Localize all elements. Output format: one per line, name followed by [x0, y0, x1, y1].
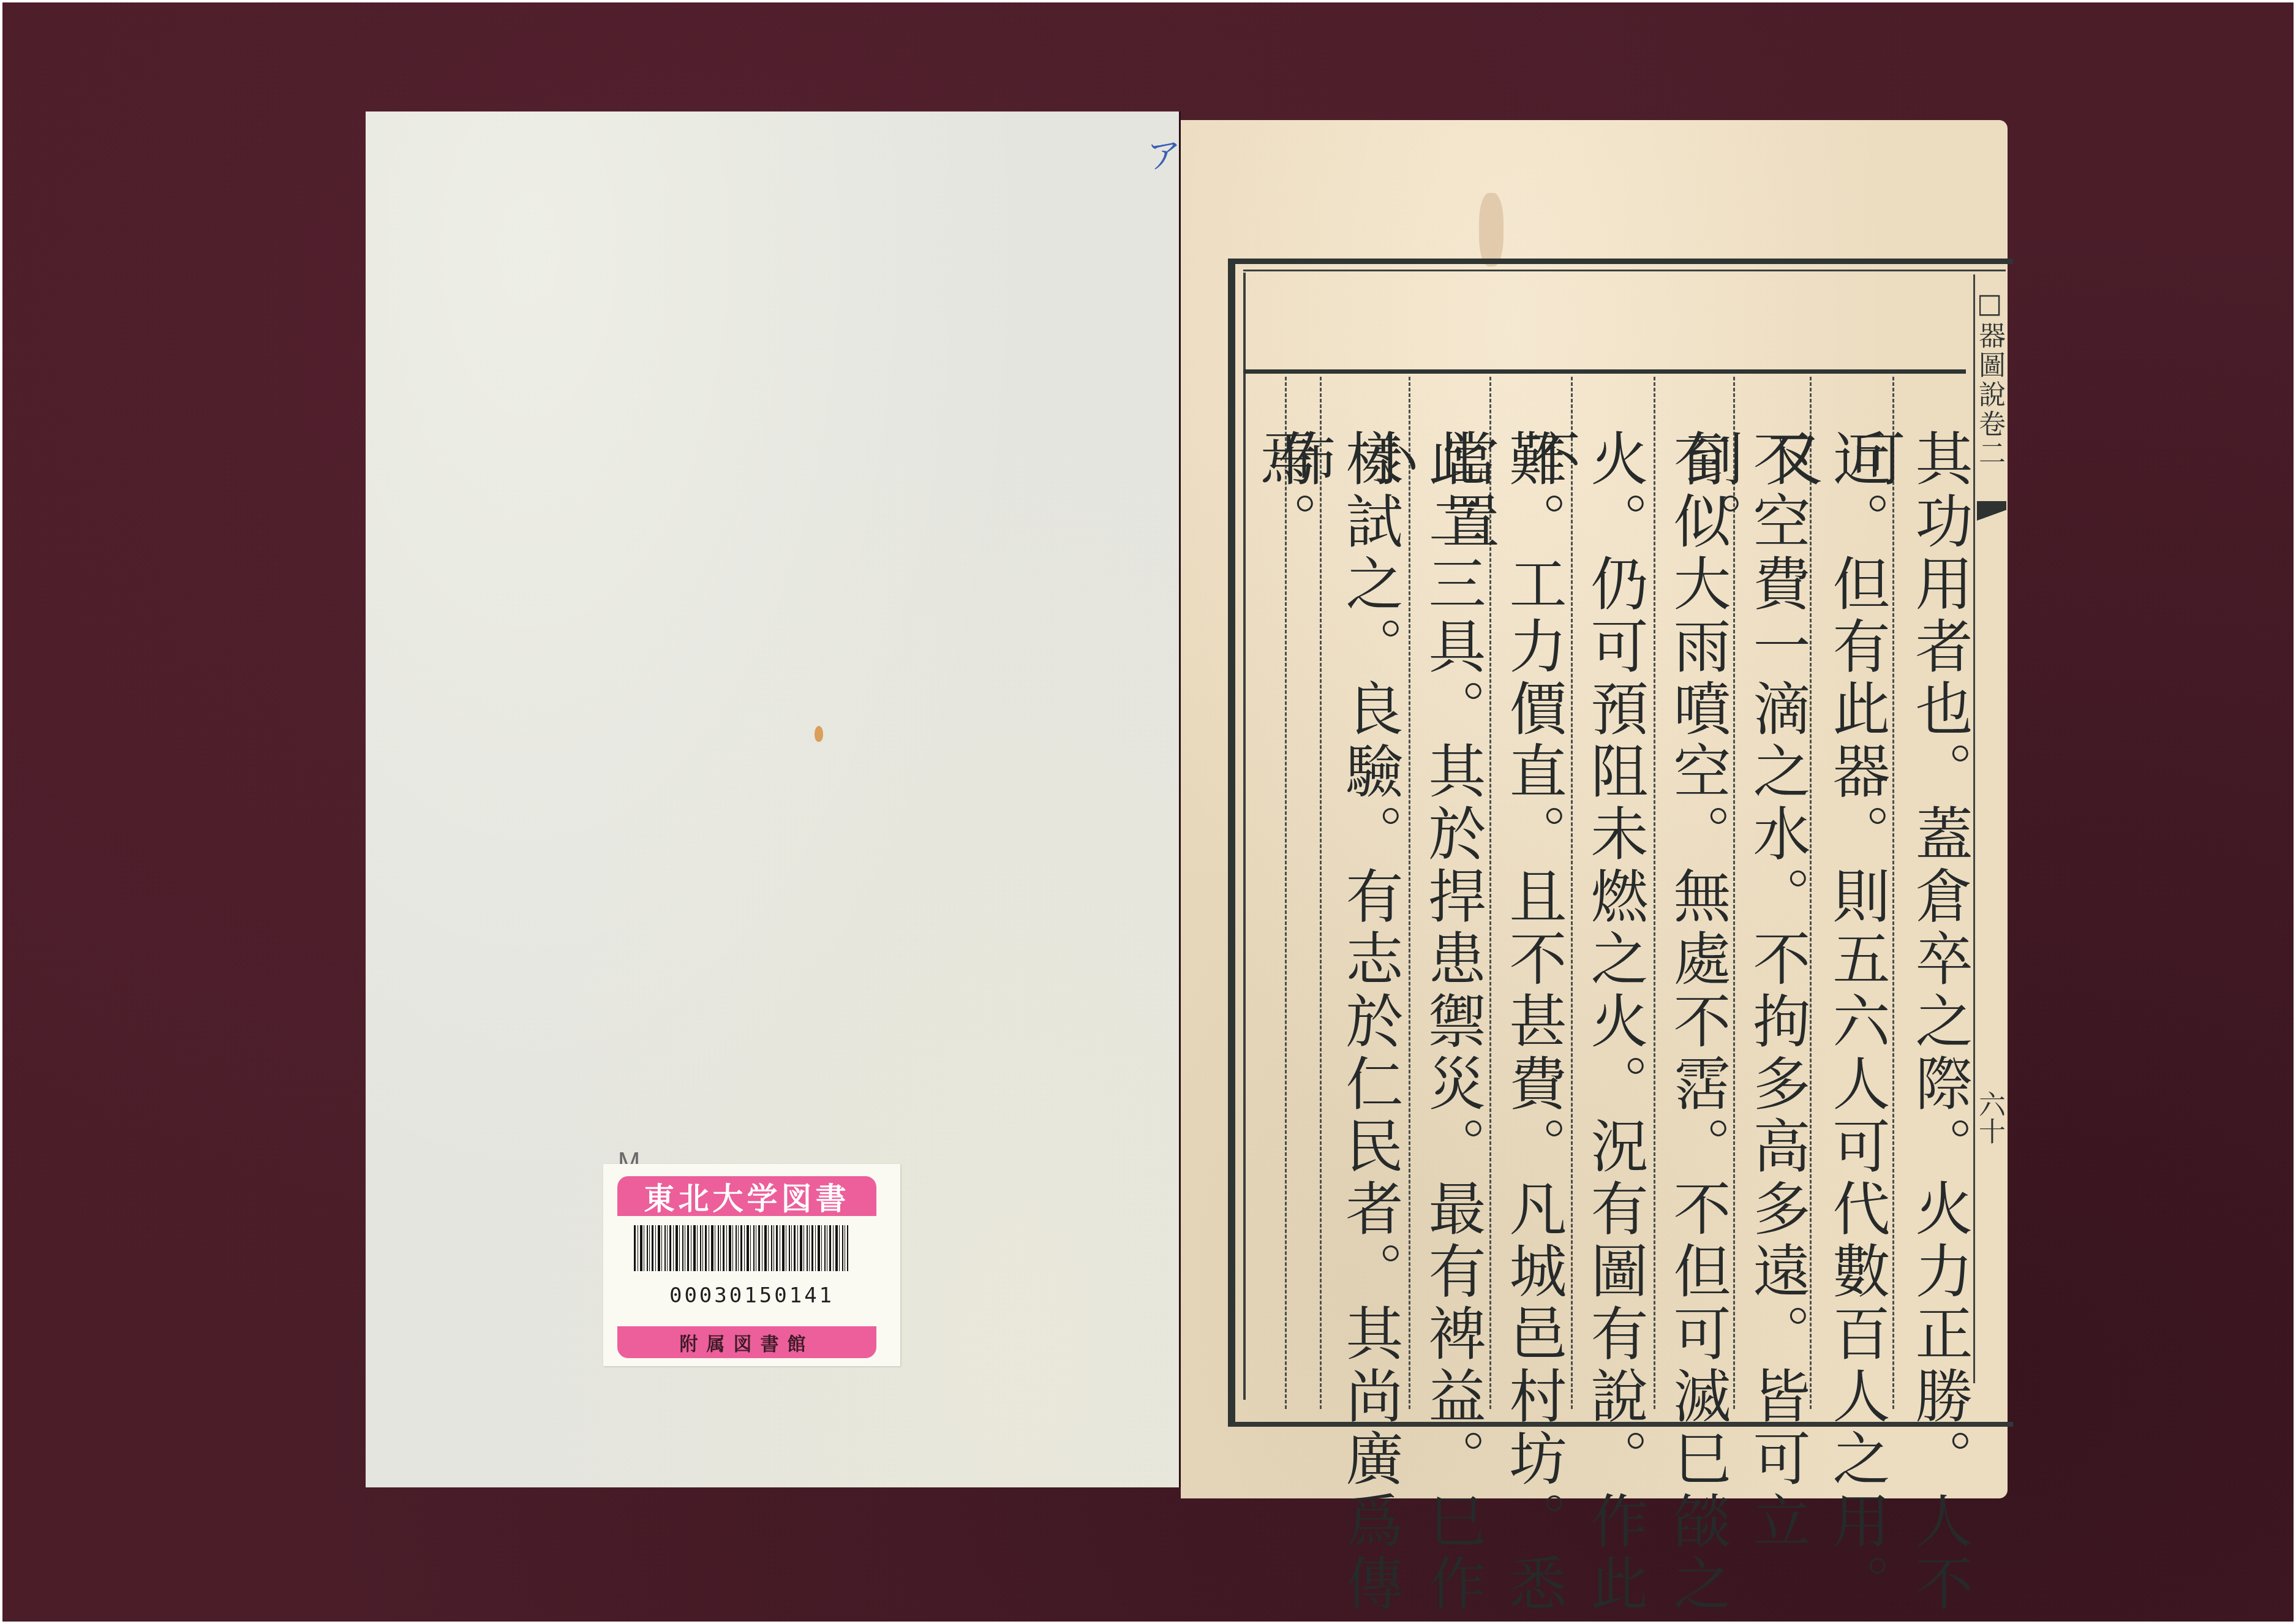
banxin-volume: 卷二 — [1979, 410, 2005, 469]
text-column-1: 其功用者也。蓋倉卒之際。火力正勝。人不可 — [1905, 429, 1972, 1624]
column-rule — [1409, 377, 1410, 1409]
column-rule — [1654, 377, 1655, 1409]
barcode-number: 00030150141 — [603, 1283, 900, 1308]
fishtail-mark-icon — [1977, 501, 2006, 526]
paper-stain — [815, 726, 823, 742]
text-column-9: 焉。 — [1249, 429, 1317, 554]
banxin-divider — [1973, 274, 1975, 1383]
column-rule — [1571, 377, 1573, 1409]
library-barcode-label: 東北大学図書 00030150141 附属図書館 — [603, 1164, 900, 1366]
column-rule — [1892, 377, 1894, 1409]
text-column-8: 樣試之。良驗。有志於仁民者。其尚廣爲傳佈 — [1335, 429, 1402, 1624]
text-column-4: 有似大雨噴空。無處不霑。不但可滅巳燄之 — [1663, 429, 1730, 1616]
label-library-name: 附属図書館 — [617, 1326, 876, 1358]
folio-number: 六十 — [1979, 1090, 2009, 1158]
banxin-title-text: □器圖說 — [1979, 288, 2005, 410]
text-column-2: 近。但有此器。則五六人可代數百人之用。又 — [1822, 429, 1889, 1624]
text-column-6: 難。工力價直。且不甚費。凡城邑村坊。悉當置 — [1499, 429, 1566, 1624]
text-column-7: 此二三具。其於捍患禦災。最有裨益。巳作小 — [1418, 429, 1485, 1624]
column-rule — [1810, 377, 1812, 1409]
text-column-3: 不空費一滴之水。不拘多高多遠。皆可立到。 — [1742, 429, 1810, 1624]
head-margin-rule — [1243, 369, 1966, 374]
inner-border-top — [1243, 270, 2006, 271]
water-stain — [1479, 193, 1504, 266]
column-rule — [1320, 377, 1322, 1409]
barcode-icon — [634, 1225, 848, 1271]
label-university-name: 東北大学図書 — [617, 1176, 876, 1216]
inner-border-left — [1243, 273, 1246, 1400]
pencil-mark: ア — [1145, 127, 1183, 179]
text-column-5: 火。仍可預阻未燃之火。況有圖有說。作此不 — [1580, 429, 1647, 1624]
